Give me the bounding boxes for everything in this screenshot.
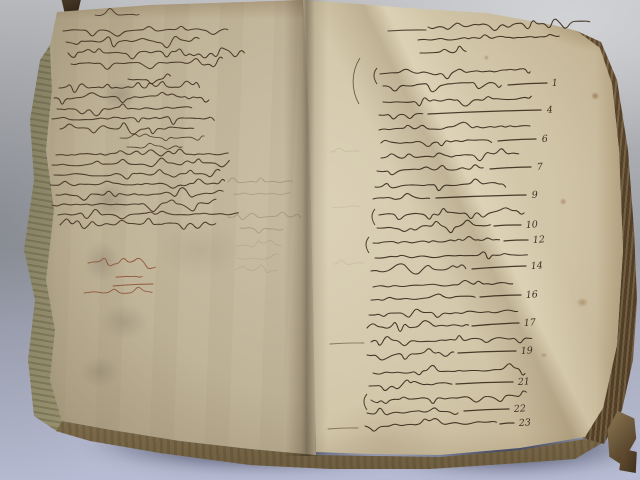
gutter-shadow: [284, 0, 328, 456]
manuscript-photo: 14679101214161719212223: [0, 0, 640, 480]
